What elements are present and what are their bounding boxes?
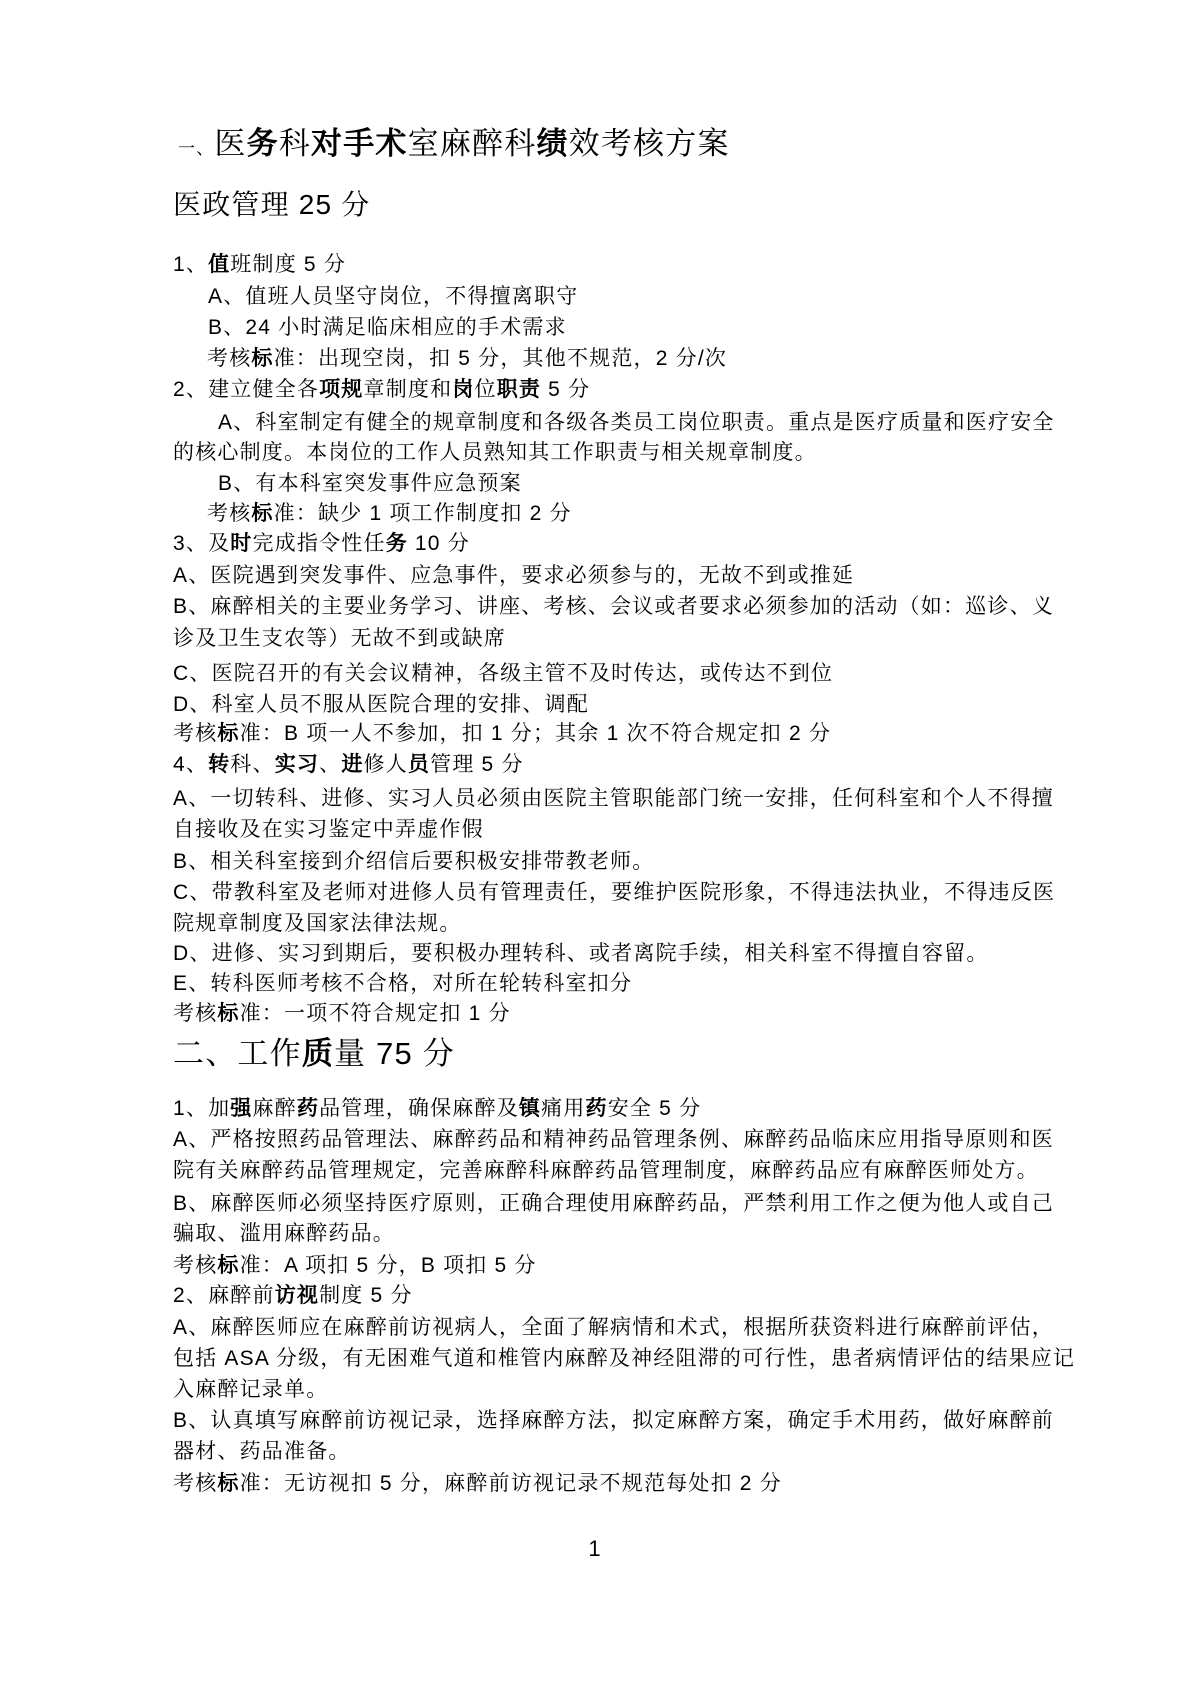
text-run: 科、 xyxy=(230,753,274,776)
sub-item-e: E、转科医师考核不合格，对所在轮转科室扣分 xyxy=(173,972,632,996)
sub-item-b: B、相关科室接到介绍信后要积极安排带教老师。 xyxy=(173,850,654,874)
sub-item-c: C、带教科室及老师对进修人员有管理责任，要维护医院形象，不得违法执业，不得违反医 xyxy=(173,881,1055,905)
text-run: 考核 xyxy=(173,1472,217,1495)
text-run: 痛用 xyxy=(541,1097,585,1120)
bold-text-run: 标 xyxy=(217,1472,239,1495)
text-run: 安全 5 分 xyxy=(608,1097,702,1120)
bold-text-run: 标 xyxy=(251,502,273,525)
bold-text-run: 员 xyxy=(408,753,430,776)
text-run: 2、建立健全各 xyxy=(173,378,319,401)
item-3-directive-tasks: 3、及时完成指令性任务 10 分 xyxy=(173,532,470,556)
bold-text-run: 进 xyxy=(341,753,363,776)
bold-text-run: 标 xyxy=(217,722,239,745)
text-run: 修人 xyxy=(364,753,408,776)
body-line: 自接收及在实习鉴定中弄虚作假 xyxy=(173,818,484,842)
text-run: 诊及卫生支农等）无故不到或缺席 xyxy=(173,627,506,650)
text-run: C、带教科室及老师对进修人员有管理责任，要维护医院形象，不得违法执业，不得违反医 xyxy=(173,881,1055,904)
sub-item-a: A、值班人员坚守岗位，不得擅离职守 xyxy=(208,285,578,309)
text-run: C、医院召开的有关会议精神，各级主管不及时传达，或传达不到位 xyxy=(173,662,833,685)
text-run: 制度 5 分 xyxy=(319,1284,413,1307)
body-line: 器材、药品准备。 xyxy=(173,1440,351,1464)
bold-text-run: 药 xyxy=(586,1097,608,1120)
text-run: B、相关科室接到介绍信后要积极安排带教老师。 xyxy=(173,850,654,873)
text-run: 院规章制度及国家法律法规。 xyxy=(173,912,462,935)
bold-text-run: 强 xyxy=(230,1097,252,1120)
text-run: 室麻醉科 xyxy=(408,126,537,161)
text-run: 院有关麻醉药品管理规定，完善麻醉科麻醉药品管理制度，麻醉药品应有麻醉医师处方。 xyxy=(173,1159,1039,1182)
text-run: 4、 xyxy=(173,753,208,776)
assessment-standard: 考核标准：A 项扣 5 分，B 项扣 5 分 xyxy=(173,1254,537,1278)
text-run: 准：A 项扣 5 分，B 项扣 5 分 xyxy=(240,1254,537,1277)
bold-text-run: 对 xyxy=(311,126,343,161)
text-run: B、24 小时满足临床相应的手术需求 xyxy=(208,316,567,339)
assessment-standard: 考核标准：缺少 1 项工作制度扣 2 分 xyxy=(207,502,572,526)
text-run: 考核 xyxy=(173,1254,217,1277)
bold-text-run: 务 xyxy=(386,532,408,555)
bold-text-run: 时 xyxy=(230,532,252,555)
body-line: 包括 ASA 分级，有无困难气道和椎管内麻醉及神经阻滞的可行性，患者病情评估的结… xyxy=(173,1347,1075,1371)
sub-item-c: C、医院召开的有关会议精神，各级主管不及时传达，或传达不到位 xyxy=(173,662,833,686)
text-run: 麻醉 xyxy=(252,1097,296,1120)
text-run: A、值班人员坚守岗位，不得擅离职守 xyxy=(208,285,578,308)
text-run: 章制度和 xyxy=(364,378,453,401)
text-run: B、认真填写麻醉前访视记录，选择麻醉方法，拟定麻醉方案，确定手术用药，做好麻醉前 xyxy=(173,1409,1054,1432)
text-run: 医政管理 25 分 xyxy=(173,189,371,220)
text-run: 品管理，确保麻醉及 xyxy=(319,1097,519,1120)
text-run: 考核 xyxy=(173,722,217,745)
text-run: B、麻醉相关的主要业务学习、讲座、考核、会议或者要求必须参加的活动（如：巡诊、义 xyxy=(173,595,1054,618)
sub-item-a: A、一切转科、进修、实习人员必须由医院主管职能部门统一安排，任何科室和个人不得擅 xyxy=(173,787,1054,811)
body-line: 院规章制度及国家法律法规。 xyxy=(173,912,462,936)
body-line: 诊及卫生支农等）无故不到或缺席 xyxy=(173,627,506,651)
bold-text-run: 药 xyxy=(297,1097,319,1120)
sub-item-a: A、科室制定有健全的规章制度和各级各类员工岗位职责。重点是医疗质量和医疗安全 xyxy=(218,411,1055,435)
text-run: 管理 5 分 xyxy=(430,753,524,776)
text-run: 二、工作 xyxy=(173,1036,302,1071)
assessment-standard: 考核标准：B 项一人不参加，扣 1 分；其余 1 次不符合规定扣 2 分 xyxy=(173,722,831,746)
text-run: 准：B 项一人不参加，扣 1 分；其余 1 次不符合规定扣 2 分 xyxy=(240,722,831,745)
sub-item-b: B、有本科室突发事件应急预案 xyxy=(218,472,522,496)
bold-text-run: 实习 xyxy=(275,753,319,776)
bold-text-run: 转 xyxy=(208,753,230,776)
text-run: 2、麻醉前 xyxy=(173,1284,275,1307)
text-run: 班制度 5 分 xyxy=(230,253,346,276)
text-run: 考核 xyxy=(207,502,251,525)
bold-text-run: 标 xyxy=(217,1002,239,1025)
body-line: 骗取、滥用麻醉药品。 xyxy=(173,1222,395,1246)
page-number: 1 xyxy=(0,1536,1189,1562)
sub-item-a: A、麻醉医师应在麻醉前访视病人，全面了解病情和术式，根据所获资料进行麻醉前评估， xyxy=(173,1316,1054,1340)
body-line: 院有关麻醉药品管理规定，完善麻醉科麻醉药品管理制度，麻醉药品应有麻醉医师处方。 xyxy=(173,1159,1039,1183)
assessment-standard: 考核标准：一项不符合规定扣 1 分 xyxy=(173,1002,511,1026)
bold-text-run: 务 xyxy=(247,126,279,161)
text-run: 10 分 xyxy=(408,532,470,555)
text-run: 入麻醉记录单。 xyxy=(173,1378,328,1401)
sub-item-d: D、科室人员不服从医院合理的安排、调配 xyxy=(173,693,589,717)
text-run: 考核 xyxy=(173,1002,217,1025)
item-2-rules-and-duties: 2、建立健全各项规章制度和岗位职责 5 分 xyxy=(173,378,590,402)
text-run: 一、 xyxy=(178,139,214,158)
text-run: D、进修、实习到期后，要积极办理转科、或者离院手续，相关科室不得擅自容留。 xyxy=(173,942,989,965)
text-run: A、一切转科、进修、实习人员必须由医院主管职能部门统一安排，任何科室和个人不得擅 xyxy=(173,787,1054,810)
sub-item-b: B、24 小时满足临床相应的手术需求 xyxy=(208,316,567,340)
text-run: A、科室制定有健全的规章制度和各级各类员工岗位职责。重点是医疗质量和医疗安全 xyxy=(218,411,1055,434)
text-run: 5 分 xyxy=(541,378,590,401)
bold-text-run: 值 xyxy=(208,253,230,276)
document-title: 一、医务科对手术室麻醉科绩效考核方案 xyxy=(178,126,730,162)
bold-text-run: 标 xyxy=(251,347,273,370)
text-run: 量 75 分 xyxy=(334,1036,455,1071)
document-page: 一、医务科对手术室麻醉科绩效考核方案医政管理 25 分1、值班制度 5 分A、值… xyxy=(0,0,1189,1682)
bold-text-run: 质 xyxy=(302,1036,334,1071)
sub-item-a: A、医院遇到突发事件、应急事件，要求必须参与的，无故不到或推延 xyxy=(173,564,854,588)
bold-text-run: 职责 xyxy=(497,378,541,401)
text-run: 完成指令性任 xyxy=(252,532,385,555)
text-run: E、转科医师考核不合格，对所在轮转科室扣分 xyxy=(173,972,632,995)
text-run: B、有本科室突发事件应急预案 xyxy=(218,472,522,495)
text-run: 1、加 xyxy=(173,1097,230,1120)
text-run: 3、及 xyxy=(173,532,230,555)
text-run: 准：缺少 1 项工作制度扣 2 分 xyxy=(274,502,572,525)
text-run: 医 xyxy=(214,126,246,161)
text-run: 准：无访视扣 5 分，麻醉前访视记录不规范每处扣 2 分 xyxy=(240,1472,782,1495)
bold-text-run: 手术 xyxy=(343,126,407,161)
text-run: A、严格按照药品管理法、麻醉药品和精神药品管理条例、麻醉药品临床应用指导原则和医 xyxy=(173,1128,1054,1151)
sub-item-d: D、进修、实习到期后，要积极办理转科、或者离院手续，相关科室不得擅自容留。 xyxy=(173,942,989,966)
bold-text-run: 绩 xyxy=(536,126,568,161)
assessment-standard: 考核标准：无访视扣 5 分，麻醉前访视记录不规范每处扣 2 分 xyxy=(173,1472,782,1496)
bold-text-run: 岗 xyxy=(452,378,474,401)
sub-item-a: A、严格按照药品管理法、麻醉药品和精神药品管理条例、麻醉药品临床应用指导原则和医 xyxy=(173,1128,1054,1152)
bold-text-run: 标 xyxy=(217,1254,239,1277)
text-run: 自接收及在实习鉴定中弄虚作假 xyxy=(173,818,484,841)
text-run: D、科室人员不服从医院合理的安排、调配 xyxy=(173,693,589,716)
text-run: 准：一项不符合规定扣 1 分 xyxy=(240,1002,511,1025)
sub-item-b: B、认真填写麻醉前访视记录，选择麻醉方法，拟定麻醉方案，确定手术用药，做好麻醉前 xyxy=(173,1409,1054,1433)
sub-item-b: B、麻醉医师必须坚持医疗原则，正确合理使用麻醉药品，严禁利用工作之便为他人或自己 xyxy=(173,1192,1054,1216)
text-run: 骗取、滥用麻醉药品。 xyxy=(173,1222,395,1245)
text-run: 、 xyxy=(319,753,341,776)
body-line: 的核心制度。本岗位的工作人员熟知其工作职责与相关规章制度。 xyxy=(173,441,817,465)
item-1-duty-system: 1、值班制度 5 分 xyxy=(173,253,346,277)
text-run: B、麻醉医师必须坚持医疗原则，正确合理使用麻醉药品，严禁利用工作之便为他人或自己 xyxy=(173,1192,1054,1215)
item-1-narcotic-drug-management: 1、加强麻醉药品管理，确保麻醉及镇痛用药安全 5 分 xyxy=(173,1097,701,1121)
section-heading-work-quality: 二、工作质量 75 分 xyxy=(173,1036,455,1072)
text-run: 考核 xyxy=(207,347,251,370)
sub-item-b: B、麻醉相关的主要业务学习、讲座、考核、会议或者要求必须参加的活动（如：巡诊、义 xyxy=(173,595,1054,619)
text-run: 的核心制度。本岗位的工作人员熟知其工作职责与相关规章制度。 xyxy=(173,441,817,464)
text-run: 1、 xyxy=(173,253,208,276)
body-line: 入麻醉记录单。 xyxy=(173,1378,328,1402)
assessment-standard: 考核标准：出现空岗，扣 5 分，其他不规范，2 分/次 xyxy=(207,347,727,371)
text-run: 器材、药品准备。 xyxy=(173,1440,351,1463)
text-run: A、医院遇到突发事件、应急事件，要求必须参与的，无故不到或推延 xyxy=(173,564,854,587)
text-run: A、麻醉医师应在麻醉前访视病人，全面了解病情和术式，根据所获资料进行麻醉前评估， xyxy=(173,1316,1054,1339)
text-run: 包括 ASA 分级，有无困难气道和椎管内麻醉及神经阻滞的可行性，患者病情评估的结… xyxy=(173,1347,1075,1370)
bold-text-run: 镇 xyxy=(519,1097,541,1120)
bold-text-run: 项规 xyxy=(319,378,363,401)
text-run: 准：出现空岗，扣 5 分，其他不规范，2 分/次 xyxy=(274,347,728,370)
text-run: 科 xyxy=(279,126,311,161)
text-run: 效考核方案 xyxy=(569,126,730,161)
item-2-preanesthesia-visit: 2、麻醉前访视制度 5 分 xyxy=(173,1284,413,1308)
text-run: 位 xyxy=(475,378,497,401)
item-4-trainee-management: 4、转科、实习、进修人员管理 5 分 xyxy=(173,753,524,777)
section-heading-medical-admin: 医政管理 25 分 xyxy=(173,189,371,221)
bold-text-run: 访视 xyxy=(275,1284,319,1307)
